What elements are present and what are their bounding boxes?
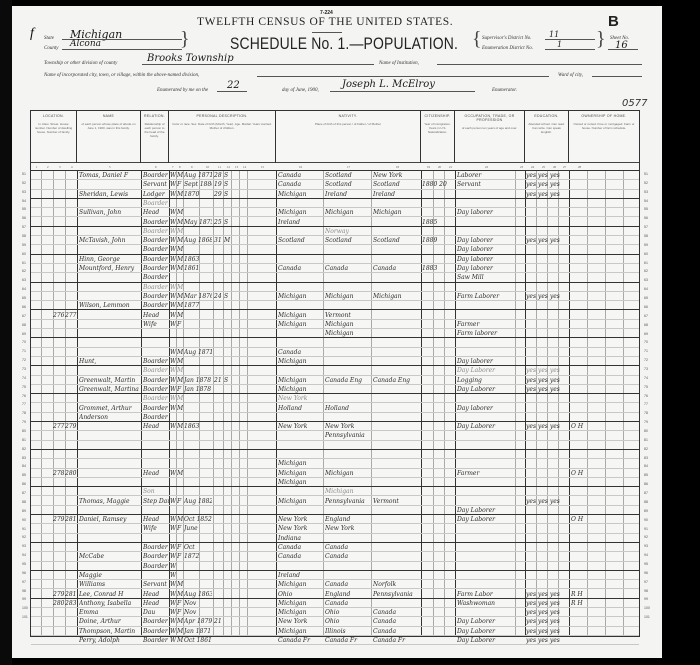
cell-age [214,580,224,588]
cell-family [65,534,77,542]
cell-sex: M [177,227,183,235]
cell-immig [422,311,455,319]
cell-relation: Boarder [143,357,169,365]
table-body: Tomas, Daniel FBoarderWMAug 187128SCanad… [31,171,639,636]
cell-pob-father: Canada [325,599,371,607]
header-relation: RELATION.Relationship of each person to … [141,111,169,163]
cell-pob: Michigan [278,320,323,328]
cell-sex: M [177,255,183,263]
line-number: 88 [644,500,648,504]
column-number: 26 [553,165,556,169]
cell-own [571,245,621,253]
cell-own [571,236,621,244]
cell-occupation [457,524,515,532]
cell-relation: Boarder [143,627,169,635]
cell-race [170,487,176,495]
cell-immig [422,562,455,570]
cell-immig [422,450,455,458]
line-number: 71 [644,349,648,353]
cell-family [65,552,77,560]
header-citizenship: CITIZENSHIP.Year of immigration. Years i… [421,111,455,163]
cell-race: W [170,301,176,309]
ward-label: Ward of city, [558,73,583,78]
cell-pob-mother [373,552,421,560]
cell-marital: S [224,218,232,226]
column-number: 15 [261,165,264,169]
cell-occupation: Day Laborer [457,506,515,514]
line-number: 86 [22,482,26,486]
cell-family [65,543,77,551]
cell-occupation: Washwoman [457,599,515,607]
cell-age [214,599,224,607]
cell-marital [224,608,232,616]
cell-pob [278,413,323,421]
cell-edu: yes yes yes [526,422,569,430]
cell-pob: Indiana [278,534,323,542]
cell-race: W [170,617,176,625]
cell-relation: Servant [143,580,169,588]
cell-edu [526,264,569,272]
cell-immig [422,524,455,532]
cell-edu [526,394,569,402]
cell-age: 31 [214,236,224,244]
cell-own [571,357,621,365]
table-row: EmmaDauWFNovMichiganOhioCanadayes yes ye… [31,608,639,617]
line-number: 56 [644,216,648,220]
cell-occupation: Day laborer [457,264,515,272]
column-number: 17 [347,165,350,169]
cell-edu [526,431,569,439]
cell-birth: May 1875 [184,218,212,226]
table-row: 279281Lee, Conrad HHeadWMAug 1863OhioEng… [31,590,639,599]
cell-own: O H [571,469,621,477]
cell-birth [184,431,212,439]
cell-pob-father [325,450,371,458]
cell-race: W [170,190,176,198]
cell-own [571,199,621,207]
line-number: 101 [22,615,28,619]
cell-race [170,441,176,449]
cell-immig [422,506,455,514]
cell-marital [224,255,232,263]
cell-name: Perry, Adolph [79,636,141,644]
cell-dwelling [53,329,65,337]
cell-pob-mother: Ireland [373,190,421,198]
cell-birth [184,199,212,207]
title-divider [312,32,342,33]
cell-family [65,199,77,207]
line-number: 96 [22,571,26,575]
cell-sex: M [177,636,183,644]
cell-pob-mother [373,394,421,402]
enumerator-label: Enumerator. [492,88,517,93]
cell-edu [526,357,569,365]
cell-own [571,329,621,337]
cell-family [65,413,77,421]
cell-pob-father: England [325,590,371,598]
cell-pob-father: Canada [325,264,371,272]
cell-relation: Head [143,515,169,523]
cell-pob: Michigan [278,357,323,365]
cell-marital [224,338,232,346]
cell-own [571,459,621,467]
cell-race: W [170,580,176,588]
table-row: Pennsylvania [31,431,639,440]
cell-pob-father [325,366,371,374]
cell-pob-mother: Canada [373,617,421,625]
cell-name [79,422,141,430]
cell-sex: M [177,617,183,625]
state-label: State [44,36,54,41]
cell-pob-mother [373,506,421,514]
cell-own [571,636,621,644]
cell-edu [526,218,569,226]
table-row: Greenwalt, MartinaBoarderWFJan 1878Michi… [31,385,639,394]
table-row: Thomas, MaggieStep DaughterWFAug 1882Mic… [31,497,639,506]
line-number: 60 [644,252,648,256]
township-label: Township or other division of county [44,61,117,66]
cell-age [214,636,224,644]
cell-pob-mother [373,459,421,467]
cell-immig [422,171,455,179]
cell-sex [177,478,183,486]
cell-age: 21 [214,617,224,625]
cell-own [571,543,621,551]
enumeration-value: 1 [557,40,562,49]
cell-dwelling [53,534,65,542]
cell-pob: Michigan [278,190,323,198]
cell-marital [224,208,232,216]
line-number: 64 [22,287,26,291]
cell-marital [224,478,232,486]
cell-race [170,338,176,346]
cell-sex: F [177,385,183,393]
column-number: 2 [47,165,49,169]
cell-immig [422,469,455,477]
cell-pob: Canada [278,543,323,551]
cell-family: 281 [65,590,77,598]
cell-age: 19 [214,180,224,188]
cell-family [65,571,77,579]
cell-relation: Boarder [143,218,169,226]
table-row: WMAug 1871Canada [31,348,639,357]
brace-open: { [472,29,482,49]
cell-pob-mother [373,524,421,532]
cell-sex: M [177,236,183,244]
cell-family [65,348,77,356]
cell-edu: yes yes yes [526,171,569,179]
cell-birth: Oct [184,543,212,551]
cell-race: W [170,208,176,216]
cell-dwelling [53,441,65,449]
cell-race [170,431,176,439]
cell-pob: Michigan [278,497,323,505]
column-number: 5 [109,165,111,169]
cell-pob [278,301,323,309]
cell-race: W [170,180,176,188]
cell-pob-mother: Scotland [373,180,421,188]
table-row: Sheridan, LewisLodgerWM187029SMichiganIr… [31,190,639,199]
cell-pob: New York [278,515,323,523]
cell-birth [184,329,212,337]
ward-underline [592,76,642,77]
cell-own [571,431,621,439]
cell-immig [422,245,455,253]
cell-immig [422,543,455,551]
cell-pob-mother [373,385,421,393]
cell-occupation [457,608,515,616]
cell-pob-mother [373,255,421,263]
cell-pob: Michigan [278,311,323,319]
cell-dwelling [53,199,65,207]
county-underline [62,49,182,50]
line-number: 94 [22,553,26,557]
cell-birth: 1863 [184,255,212,263]
table-row: MaggieWIreland [31,571,639,580]
table-row: Sullivan, JohnHeadWMMichiganMichiganMich… [31,208,639,217]
cell-immig [422,487,455,495]
cell-pob-father: Canada Fr [325,636,371,644]
cell-relation: Boarder [143,552,169,560]
cell-marital [224,515,232,523]
cell-immig [422,348,455,356]
cell-own [571,190,621,198]
cell-marital [224,273,232,281]
cell-pob-mother: Canada [373,608,421,616]
enumerated-label: Enumerated by me on the [157,88,208,93]
brace-close: } [596,29,606,49]
cell-relation: Boarder [143,376,169,384]
cell-occupation: Farm laborer [457,329,515,337]
cell-sex [177,506,183,514]
cell-birth: Apr 1879 [184,617,212,625]
cell-family: 279 [65,422,77,430]
cell-birth: Aug 1871 [184,348,212,356]
cell-pob-mother [373,450,421,458]
line-number: 100 [22,606,28,610]
cell-marital: S [224,180,232,188]
cell-birth: Aug 1863 [184,590,212,598]
cell-edu [526,524,569,532]
cell-name: Hinn, George [79,255,141,263]
cell-dwelling: 277 [53,422,65,430]
cell-relation: Boarder [143,283,169,291]
enumerator-underline [330,91,475,92]
table-row: BoarderWMMar 187624SMichiganMichiganMich… [31,292,639,301]
line-number: 76 [22,394,26,398]
cell-name [79,348,141,356]
cell-age: 21 [214,376,224,384]
city-label: Name of incorporated city, town, or vill… [44,73,199,78]
header-name: NAMEof each person whose place of abode … [77,111,141,163]
line-number: 90 [644,518,648,522]
cell-name [79,543,141,551]
cell-immig [422,376,455,384]
line-number: 62 [22,269,26,273]
line-number: 81 [644,438,648,442]
cell-sex: M [177,422,183,430]
enumerator-name: Joseph L. McElroy [342,79,435,90]
cell-edu [526,459,569,467]
column-number: 13 [235,165,238,169]
cell-marital [224,534,232,542]
cell-immig [422,599,455,607]
cell-dwelling [53,506,65,514]
cell-race [170,199,176,207]
cell-birth: Nov [184,599,212,607]
cell-sex [177,338,183,346]
cell-pob-mother [373,245,421,253]
cell-occupation [457,580,515,588]
cell-pob-mother [373,534,421,542]
cell-birth [184,506,212,514]
cell-birth [184,366,212,374]
cell-marital [224,431,232,439]
cell-edu [526,562,569,570]
cell-family [65,171,77,179]
cell-edu: yes yes yes [526,608,569,616]
table-row: BoarderW [31,562,639,571]
cell-age [214,441,224,449]
cell-pob-mother [373,441,421,449]
cell-name [79,311,141,319]
cell-own [571,338,621,346]
cell-pob-mother: Pennsylvania [373,590,421,598]
cell-occupation: Laborer [457,171,515,179]
cell-edu: yes yes yes [526,236,569,244]
institution-underline [437,64,642,65]
cell-age [214,515,224,523]
cell-pob-father [325,348,371,356]
line-number: 82 [22,447,26,451]
cell-name: Thompson, Martin [79,627,141,635]
cell-edu: yes yes yes [526,366,569,374]
cell-sex: F [177,552,183,560]
cell-family [65,255,77,263]
cell-name: Doine, Arthur [79,617,141,625]
cell-birth: Mar 1876 [184,292,212,300]
cell-own [571,608,621,616]
cell-immig [422,208,455,216]
cell-marital [224,404,232,412]
cell-birth: Aug 1871 [184,171,212,179]
cell-name [79,329,141,337]
cell-name: Tomas, Daniel F [79,171,141,179]
cell-occupation: Farmer [457,320,515,328]
cell-race [170,413,176,421]
cell-age [214,562,224,570]
cell-family [65,236,77,244]
cell-relation: Boarder [143,636,169,644]
cell-own [571,441,621,449]
cell-name [79,506,141,514]
cell-sex: M [177,311,183,319]
cell-age [214,497,224,505]
supervisor-label: Supervisor's District No. [482,36,532,41]
cell-pob-father [325,283,371,291]
cell-pob-mother [373,320,421,328]
line-number: 61 [644,261,648,265]
cell-sex: M [177,469,183,477]
cell-edu [526,255,569,263]
cell-name: Daniel, Ramsey [79,515,141,523]
line-number: 55 [22,207,26,211]
cell-occupation [457,441,515,449]
cell-relation: Boarder [143,199,169,207]
line-number: 67 [22,314,26,318]
cell-birth [184,208,212,216]
cell-edu: yes yes yes [526,190,569,198]
line-number: 75 [22,385,26,389]
table-row: Hinn, GeorgeBoarderWM1863Day laborer [31,255,639,264]
cell-birth [184,469,212,477]
cell-dwelling [53,255,65,263]
cell-occupation: Farm Labor [457,590,515,598]
line-number: 83 [22,456,26,460]
line-number: 54 [22,199,26,203]
cell-pob-mother: Canada [373,264,421,272]
cell-age [214,273,224,281]
cell-immig [422,413,455,421]
cell-occupation [457,348,515,356]
line-number: 70 [22,340,26,344]
table-row: McCabeBoarderWF1872CanadaCanada [31,552,639,561]
cell-occupation [457,338,515,346]
table-row: Grommet, ArthurBoarderWMHollandHollandDa… [31,404,639,413]
cell-edu [526,450,569,458]
cell-sex [177,562,183,570]
cell-age [214,608,224,616]
cell-sex [177,487,183,495]
line-number: 75 [644,385,648,389]
cell-relation: Lodger [143,190,169,198]
cell-family [65,608,77,616]
cell-dwelling [53,459,65,467]
cell-edu [526,338,569,346]
table-row: SonMichigan [31,487,639,496]
cell-dwelling [53,617,65,625]
cell-race [170,329,176,337]
cell-sex: M [177,190,183,198]
cell-family [65,450,77,458]
cell-pob-father: Michigan [325,487,371,495]
cell-sex: M [177,245,183,253]
cell-birth [184,404,212,412]
table-row: Michigan [31,459,639,468]
cell-pob: New York [278,422,323,430]
cell-name [79,338,141,346]
cell-immig [422,571,455,579]
header-personal-description: PERSONAL DESCRIPTION.Color or race. Sex.… [169,111,276,163]
cell-own [571,208,621,216]
cell-pob-father: Vermont [325,311,371,319]
cell-race: W [170,366,176,374]
cell-own: O H [571,422,621,430]
cell-marital [224,348,232,356]
cell-marital [224,562,232,570]
cell-name: Greenwalt, Martin [79,376,141,384]
cell-pob-father [325,273,371,281]
cell-marital [224,366,232,374]
cell-relation [143,478,169,486]
cell-sex: F [177,524,183,532]
cell-age: 24 [214,292,224,300]
column-number: 20 [438,165,441,169]
cell-sex: M [177,264,183,272]
table-row [31,441,639,450]
cell-edu: yes yes yes [526,590,569,598]
cell-family [65,218,77,226]
